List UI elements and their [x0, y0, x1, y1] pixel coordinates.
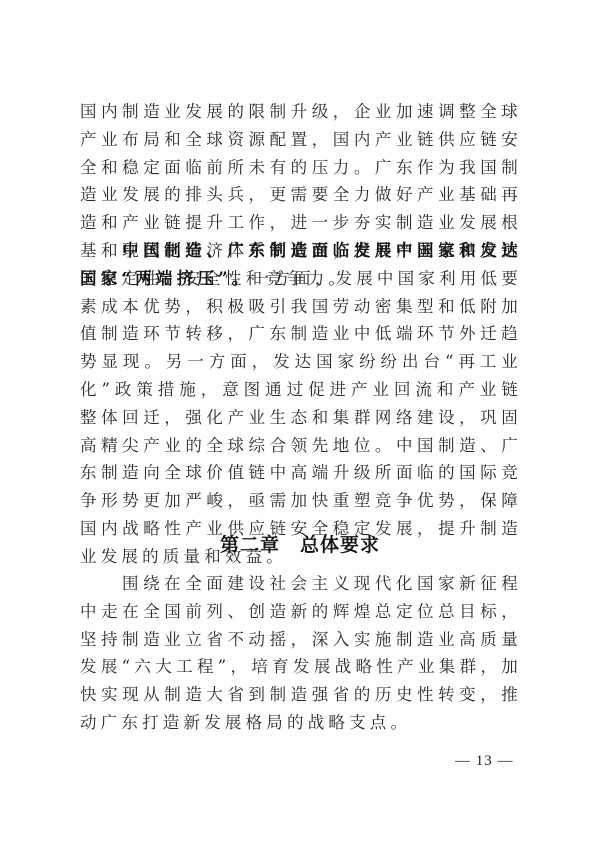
chapter-number: 第二章	[220, 534, 280, 556]
paragraph-two-ends-squeeze: 中国制造、广东制造面临发展中国家和发达国家“两端挤压”。一方面，发展中国家利用低…	[80, 237, 522, 571]
page-number: — 13 —	[455, 753, 514, 770]
chapter-title: 总体要求	[300, 534, 380, 556]
chapter-heading: 第二章总体要求	[0, 530, 600, 557]
document-page: 国内制造业发展的限制升级，企业加速调整全球产业布局和全球资源配置，国内产业链供应…	[0, 0, 600, 848]
paragraph-body: 一方面，发展中国家利用低要素成本优势，积极吸引我国劳动密集型和低附加值制造环节转…	[80, 269, 522, 566]
paragraph-general-requirements: 围绕在全面建设社会主义现代化国家新征程中走在全国前列、创造新的辉煌总定位总目标，…	[80, 570, 522, 737]
